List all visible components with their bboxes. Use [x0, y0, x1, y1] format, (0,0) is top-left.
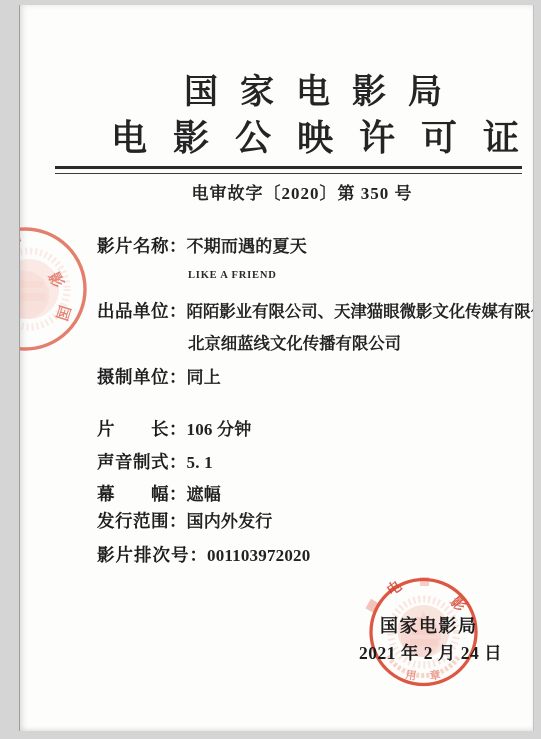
agency-title: 国家电影局 — [70, 75, 533, 109]
permit-title: 电影公映许可证 — [70, 121, 533, 157]
field-distribution-scope: 发行范围：国内外发行 — [97, 511, 273, 532]
signature-date: 2021 年 2 月 24 日 — [359, 645, 502, 663]
field-label: 幕 幅 — [97, 484, 169, 504]
signature-authority: 国家电影局 — [380, 617, 478, 635]
field-value: 遮幅 — [187, 485, 221, 504]
field-film-serial-number: 影片排次号：001103972020 — [97, 545, 310, 566]
left-red-seal-stamp: 电 影 国 — [20, 219, 105, 379]
field-colon: ： — [169, 419, 187, 439]
field-value: 同上 — [187, 368, 221, 387]
field-value: 001103972020 — [207, 546, 310, 565]
field-label: 影片排次号 — [97, 545, 190, 565]
field-screen-format: 幕 幅：遮幅 — [97, 484, 221, 505]
field-colon: ： — [190, 545, 208, 565]
field-filming-company: 摄制单位：同上 — [97, 367, 221, 388]
permit-page: 电 影 国 电 影 用 章 国家电影局 电影公映许可证 电审故字 — [20, 5, 533, 731]
field-label: 影片名称 — [97, 236, 169, 256]
field-value: 不期而遇的夏天 — [187, 237, 307, 256]
field-label: 摄制单位 — [97, 367, 169, 387]
field-value: 国内外发行 — [187, 512, 273, 531]
field-production-company: 出品单位：陌陌影业有限公司、天津猫眼微影文化传媒有限公 — [97, 301, 533, 322]
header-rule-thin — [55, 173, 522, 174]
field-colon: ： — [169, 511, 187, 531]
field-production-company-line2: 北京细蓝线文化传播有限公司 — [188, 330, 401, 354]
film-english-title: LIKE A FRIEND — [188, 270, 277, 281]
field-value: 5. 1 — [187, 453, 213, 472]
field-label: 片 长 — [97, 419, 169, 439]
field-film-name: 影片名称：不期而遇的夏天 — [97, 236, 307, 257]
permit-number: 电审故字〔2020〕第 350 号 — [70, 179, 533, 204]
field-label: 声音制式 — [97, 452, 169, 472]
field-runtime: 片 长：106 分钟 — [97, 419, 251, 440]
field-colon: ： — [169, 484, 187, 504]
field-colon: ： — [169, 452, 187, 472]
field-colon: ： — [169, 301, 187, 321]
field-value-line1: 陌陌影业有限公司、天津猫眼微影文化传媒有限公 — [187, 302, 534, 321]
field-sound-format: 声音制式：5. 1 — [97, 452, 213, 473]
field-label: 发行范围 — [97, 511, 169, 531]
field-value: 106 分钟 — [187, 420, 252, 439]
svg-text:国: 国 — [52, 303, 74, 323]
field-label: 出品单位 — [97, 301, 169, 321]
field-colon: ： — [169, 367, 187, 387]
scanned-permit-document: { "document": { "agency": "国家电影局", "titl… — [0, 0, 541, 739]
field-colon: ： — [169, 236, 187, 256]
header-rule-thick — [55, 166, 522, 169]
